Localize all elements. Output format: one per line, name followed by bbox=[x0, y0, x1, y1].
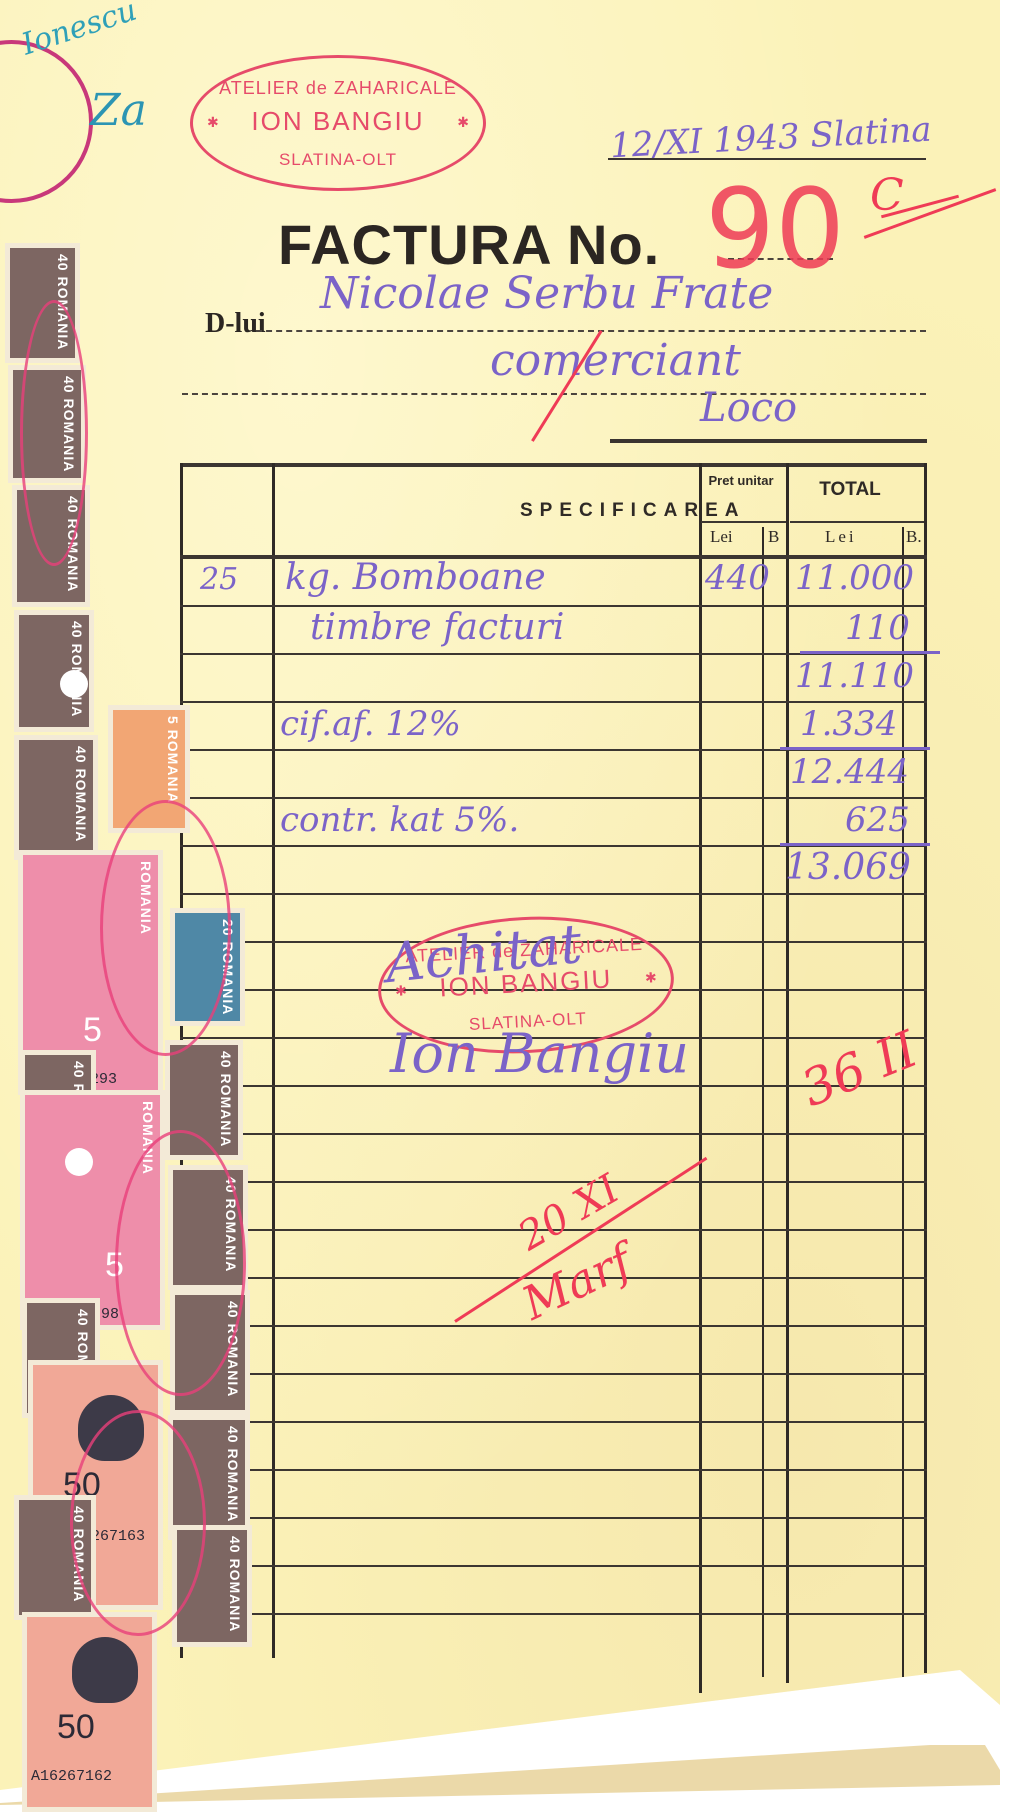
corner-signature-flourish: Za bbox=[90, 85, 147, 136]
row-1-total: 11.000 bbox=[795, 561, 914, 595]
star-icon: ✱ bbox=[645, 969, 658, 987]
col-border-total-bani bbox=[902, 527, 904, 1677]
row-3-total: 11.110 bbox=[795, 659, 914, 693]
punch-hole bbox=[60, 670, 88, 698]
total-lei-header: Lei bbox=[825, 527, 857, 547]
row-1-description: kg. Bomboane bbox=[285, 561, 546, 595]
row-line bbox=[180, 1517, 927, 1519]
row-4-total: 1.334 bbox=[800, 707, 897, 741]
sum-underline bbox=[780, 747, 930, 750]
row-2-description: timbre facturi bbox=[310, 611, 564, 645]
customer-occupation: comerciant bbox=[490, 335, 741, 386]
date-underline bbox=[608, 158, 926, 160]
unit-price-bani-header: B bbox=[768, 527, 779, 547]
row-7-total: 13.069 bbox=[785, 851, 911, 885]
customer-name: Nicolae Serbu Frate bbox=[320, 268, 773, 319]
row-4-description: cif.af. 12% bbox=[280, 707, 461, 741]
stamp-line-1: ATELIER de ZAHARICALE bbox=[193, 78, 483, 99]
cancellation-stamp bbox=[70, 1410, 206, 1636]
star-icon: ✱ bbox=[457, 114, 469, 131]
customer-label: D-lui bbox=[205, 308, 266, 340]
row-line bbox=[180, 1469, 927, 1471]
col-border-price-bani bbox=[762, 527, 764, 1677]
table-top-border bbox=[180, 463, 927, 467]
cancellation-stamp bbox=[115, 1130, 246, 1396]
row-line bbox=[180, 1133, 927, 1135]
fiscal-stamp-40: 40 ROMANIA bbox=[14, 735, 98, 860]
row-line bbox=[180, 1325, 927, 1327]
sum-underline bbox=[800, 651, 940, 654]
row-line bbox=[180, 701, 927, 703]
cancellation-stamp bbox=[20, 300, 88, 566]
row-line bbox=[180, 893, 927, 895]
col-border-qty bbox=[272, 463, 275, 1658]
row-line bbox=[180, 1421, 927, 1423]
row-6-description: contr. kat 5%. bbox=[280, 803, 519, 837]
col-border-price bbox=[786, 463, 789, 1683]
customer-line-1 bbox=[256, 330, 926, 332]
row-1-qty: 25 bbox=[200, 563, 238, 597]
king-portrait bbox=[72, 1637, 138, 1703]
customer-location: Loco bbox=[700, 385, 797, 431]
column-header-specification: SPECIFICAREA bbox=[520, 500, 745, 522]
punch-hole bbox=[65, 1148, 93, 1176]
stamp-line-2: ION BANGIU bbox=[193, 106, 483, 137]
row-line bbox=[180, 1181, 927, 1183]
column-header-unit-price: Pret unitar bbox=[701, 473, 781, 488]
col-border-desc bbox=[699, 463, 702, 1693]
fiscal-stamp-40: 40 ROMANIA bbox=[14, 610, 94, 732]
row-line bbox=[180, 1373, 927, 1375]
issuer-signature: Ion Bangiu bbox=[390, 1022, 689, 1085]
row-1-unit-price: 440 bbox=[705, 561, 770, 595]
sum-underline bbox=[780, 843, 930, 846]
row-6-total: 625 bbox=[845, 803, 910, 837]
row-line bbox=[180, 1613, 927, 1615]
customer-block-rule bbox=[610, 439, 927, 443]
unit-price-lei-header: Lei bbox=[710, 527, 733, 547]
fiscal-stamp-50-timbru: 50A16267162 bbox=[22, 1612, 157, 1812]
total-bani-header: B. bbox=[906, 527, 922, 547]
row-line bbox=[180, 797, 927, 799]
col-border-right bbox=[924, 463, 927, 1673]
total-subheader-line bbox=[790, 521, 924, 523]
cancellation-stamp bbox=[100, 800, 231, 1056]
star-icon: ✱ bbox=[207, 114, 219, 131]
stamp-line-3: SLATINA-OLT bbox=[193, 150, 483, 170]
row-5-total: 12.444 bbox=[790, 755, 909, 789]
business-stamp-header: ATELIER de ZAHARICALE ION BANGIU SLATINA… bbox=[190, 55, 486, 191]
column-header-total: TOTAL bbox=[795, 479, 905, 501]
row-2-total: 110 bbox=[845, 611, 910, 645]
row-line bbox=[180, 1565, 927, 1567]
customer-line-2 bbox=[182, 393, 926, 395]
